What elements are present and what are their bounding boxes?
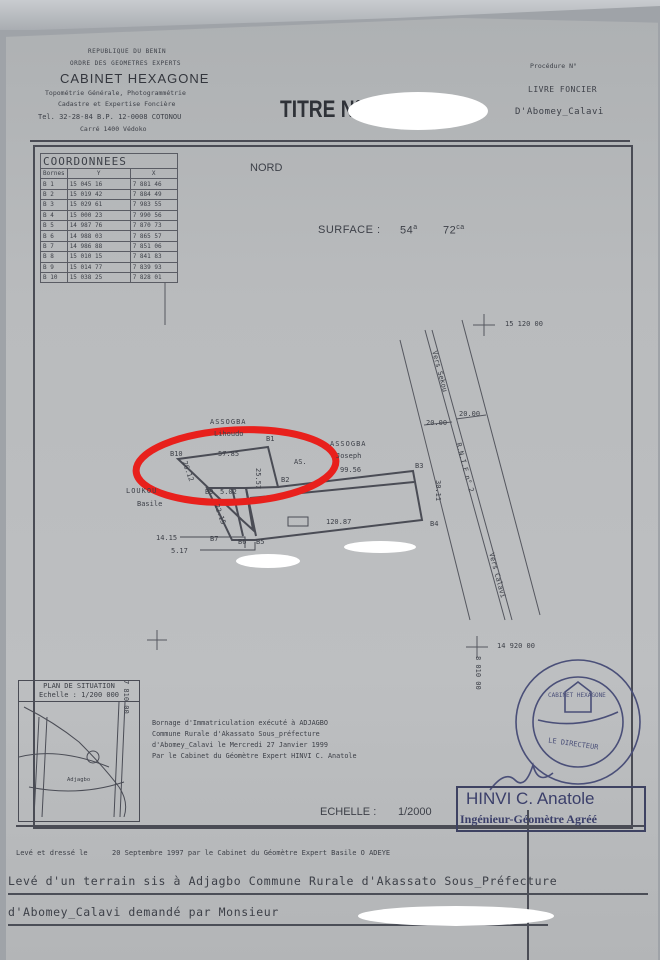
notes-line-1: Bornage d'Immatriculation exécuté à ADJA… bbox=[152, 718, 328, 729]
borne-b10: B10 bbox=[170, 450, 183, 458]
neighbor-west-first: Basile bbox=[137, 500, 162, 508]
scale-label: ECHELLE : bbox=[320, 806, 376, 818]
land-description-line-1: Levé d'un terrain sis à Adjagbo Commune … bbox=[8, 874, 557, 888]
surveyor-title: Ingénieur-Géomètre Agréé bbox=[460, 812, 597, 827]
neighbor-north: ASSOGBA bbox=[210, 418, 247, 426]
neighbor-east: ASSOGBA bbox=[330, 440, 367, 448]
dim-offset-1: 14.15 bbox=[156, 534, 177, 542]
signature-box: HINVI C. Anatole Ingénieur-Géomètre Agré… bbox=[456, 786, 646, 832]
neighbor-as: AS. bbox=[294, 458, 307, 466]
survey-date-line: 20 Septembre 1997 par le Cabinet du Géom… bbox=[112, 849, 390, 857]
neighbor-east-first: Joseph bbox=[336, 452, 361, 460]
road-width-left: 20.00 bbox=[426, 419, 447, 427]
building-icon bbox=[288, 517, 308, 526]
borne-b3: B3 bbox=[415, 462, 423, 470]
land-description-line-2: d'Abomey_Calavi demandé par Monsieur bbox=[8, 905, 279, 919]
scale-value: 1/2000 bbox=[398, 806, 432, 818]
situation-map-sketch bbox=[19, 702, 139, 817]
dim-b3-b4: 30.11 bbox=[434, 480, 442, 501]
neighbor-north-first: Lihoudo bbox=[214, 430, 244, 438]
situation-place-label: Adjagbo bbox=[67, 777, 90, 783]
situation-map: PLAN DE SITUATION Echelle : 1/200 000 Ad… bbox=[18, 680, 140, 822]
borne-b1: B1 bbox=[266, 435, 274, 443]
dim-offset-2: 5.17 bbox=[171, 547, 188, 555]
grid-y-top: 15 120 00 bbox=[505, 320, 543, 328]
road-width-right: 20.00 bbox=[459, 410, 480, 418]
dim-b9-b8: 5.02 bbox=[220, 488, 237, 496]
notes-line-3: d'Abomey_Calavi le Mercredi 27 Janvier 1… bbox=[152, 740, 328, 751]
underline-1 bbox=[8, 893, 648, 895]
dim-b1-b2: 25.57 bbox=[254, 468, 262, 489]
borne-b2: B2 bbox=[281, 476, 289, 484]
surveyor-name: HINVI C. Anatole bbox=[466, 789, 595, 809]
grid-x-right: 8 010 00 bbox=[474, 656, 482, 690]
grid-y-bottom: 14 920 00 bbox=[497, 642, 535, 650]
dim-b4-b5: 120.87 bbox=[326, 518, 351, 526]
situation-caption: PLAN DE SITUATION bbox=[19, 682, 139, 691]
borne-b9: B9 bbox=[205, 488, 213, 496]
neighbor-west: LOUKOU bbox=[126, 487, 157, 495]
dim-b10-b1: 57.85 bbox=[218, 450, 239, 458]
redacted-neighbor-south bbox=[344, 541, 416, 553]
situation-scale: Echelle : 1/200 000 bbox=[19, 691, 139, 700]
borne-b6: B6 bbox=[238, 538, 246, 546]
survey-date-prefix: Levé et dressé le bbox=[16, 849, 88, 857]
notes-line-2: Commune Rurale d'Akassato Sous_préfectur… bbox=[152, 729, 320, 740]
borne-b5: B5 bbox=[256, 538, 264, 546]
redacted-neighbor-southwest bbox=[236, 554, 300, 568]
redacted-requester-name bbox=[358, 906, 554, 926]
borne-b4: B4 bbox=[430, 520, 438, 528]
dim-b2-b3: 99.56 bbox=[340, 466, 361, 474]
stamp-inner-top: CABINET HEXAGONE bbox=[548, 692, 606, 699]
notes-line-4: Par le Cabinet du Géomètre Expert HINVI … bbox=[152, 751, 357, 762]
borne-b7: B7 bbox=[210, 535, 218, 543]
